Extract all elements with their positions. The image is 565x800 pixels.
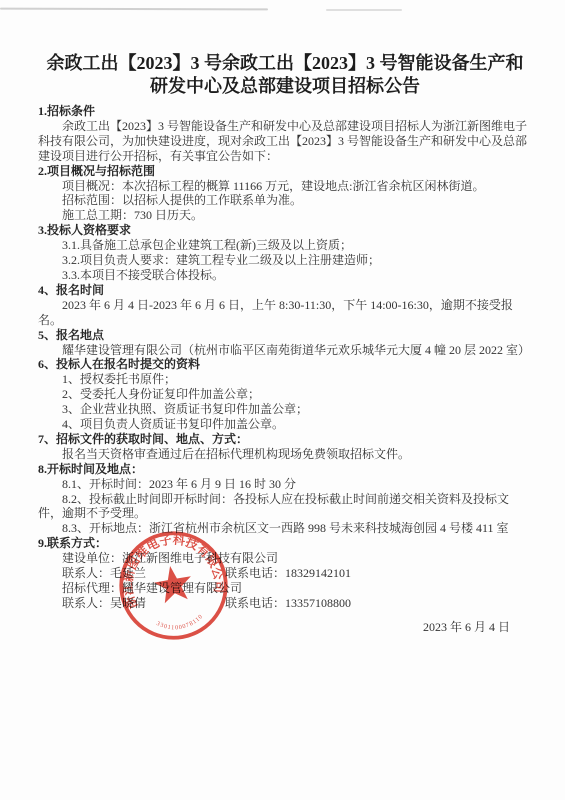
paragraph: 3、企业营业执照、资质证书复印件加盖公章； xyxy=(38,402,532,417)
section-heading-6: 6、投标人在报名时提交的资料 xyxy=(38,357,532,372)
paragraph: 1、授权委托书原件； xyxy=(38,372,532,387)
document-date: 2023 年 6 月 4 日 xyxy=(38,620,532,635)
section-heading-7: 7、招标文件的获取时间、地点、方式： xyxy=(38,432,532,447)
document-title: 余政工出【2023】3 号余政工出【2023】3 号智能设备生产和研发中心及总部… xyxy=(46,52,524,98)
paragraph: 招标范围：以招标人提供的工作联系单为准。 xyxy=(38,193,532,208)
contact-company: 建设单位：浙江新图维电子科技有限公司 xyxy=(62,551,278,566)
paragraph: 2023 年 6 月 4 日-2023 年 6 月 6 日，上午 8:30-11… xyxy=(38,298,532,328)
paragraph: 项目概况：本次招标工程的概算 11166 万元，建设地点:浙江省余杭区闲林街道。 xyxy=(38,179,532,194)
contact-agency: 招标代理：耀华建设管理有限公司 xyxy=(62,581,242,596)
section-heading-3: 3.投标人资格要求 xyxy=(38,223,532,238)
contact-row: 联系人：毛延兰联系电话：18329142101 xyxy=(38,566,532,581)
section-heading-5: 5、报名地点 xyxy=(38,328,532,343)
paragraph: 3.2.项目负责人要求：建筑工程专业二级及以上注册建造师； xyxy=(38,253,532,268)
paragraph: 报名当天资格审查通过后在招标代理机构现场免费领取招标文件。 xyxy=(38,447,532,462)
contact-row: 联系人：吴晓倩联系电话：13357108800 xyxy=(38,596,532,611)
paragraph: 3.3.本项目不接受联合体投标。 xyxy=(38,268,532,283)
paragraph: 8.2、投标截止时间即开标时间：各投标人应在投标截止时间前递交相关资料及投标文件… xyxy=(38,492,532,522)
contact-row: 建设单位：浙江新图维电子科技有限公司 xyxy=(38,551,532,566)
section-heading-1: 1.招标条件 xyxy=(38,104,532,119)
paragraph: 施工总工期：730 日历天。 xyxy=(38,208,532,223)
scan-edge-artifact xyxy=(0,8,268,11)
paragraph: 3.1.具备施工总承包企业建筑工程(新)三级及以上资质； xyxy=(38,238,532,253)
contact-person: 联系人：毛延兰 xyxy=(62,566,225,581)
contact-person: 联系人：吴晓倩 xyxy=(62,596,225,611)
paragraph: 2、受委托人身份证复印件加盖公章； xyxy=(38,387,532,402)
paragraph: 余政工出【2023】3 号智能设备生产和研发中心及总部建设项目招标人为浙江新图维… xyxy=(38,119,532,164)
section-heading-2: 2.项目概况与招标范围 xyxy=(38,164,532,179)
paragraph: 耀华建设管理有限公司（杭州市临平区南苑街道华元欢乐城华元大厦 4 幢 20 层 … xyxy=(38,343,532,358)
paragraph: 8.3、开标地点：浙江省杭州市余杭区文一西路 998 号未来科技城海创园 4 号… xyxy=(38,521,532,536)
paragraph: 8.1、开标时间：2023 年 6 月 9 日 16 时 30 分 xyxy=(38,477,532,492)
section-heading-9: 9.联系方式： xyxy=(38,536,532,551)
section-heading-4: 4、报名时间 xyxy=(38,283,532,298)
scanned-tender-announcement-page: 余政工出【2023】3 号余政工出【2023】3 号智能设备生产和研发中心及总部… xyxy=(0,0,565,800)
contact-phone: 联系电话：13357108800 xyxy=(225,596,351,611)
paragraph: 4、项目负责人资质证书复印件加盖公章。 xyxy=(38,417,532,432)
tender-announcement-document: 余政工出【2023】3 号余政工出【2023】3 号智能设备生产和研发中心及总部… xyxy=(38,52,532,635)
contact-row: 招标代理：耀华建设管理有限公司 xyxy=(38,581,532,596)
scan-edge-artifact xyxy=(326,9,402,11)
contact-phone: 联系电话：18329142101 xyxy=(225,566,351,581)
section-heading-8: 8.开标时间及地点： xyxy=(38,462,532,477)
